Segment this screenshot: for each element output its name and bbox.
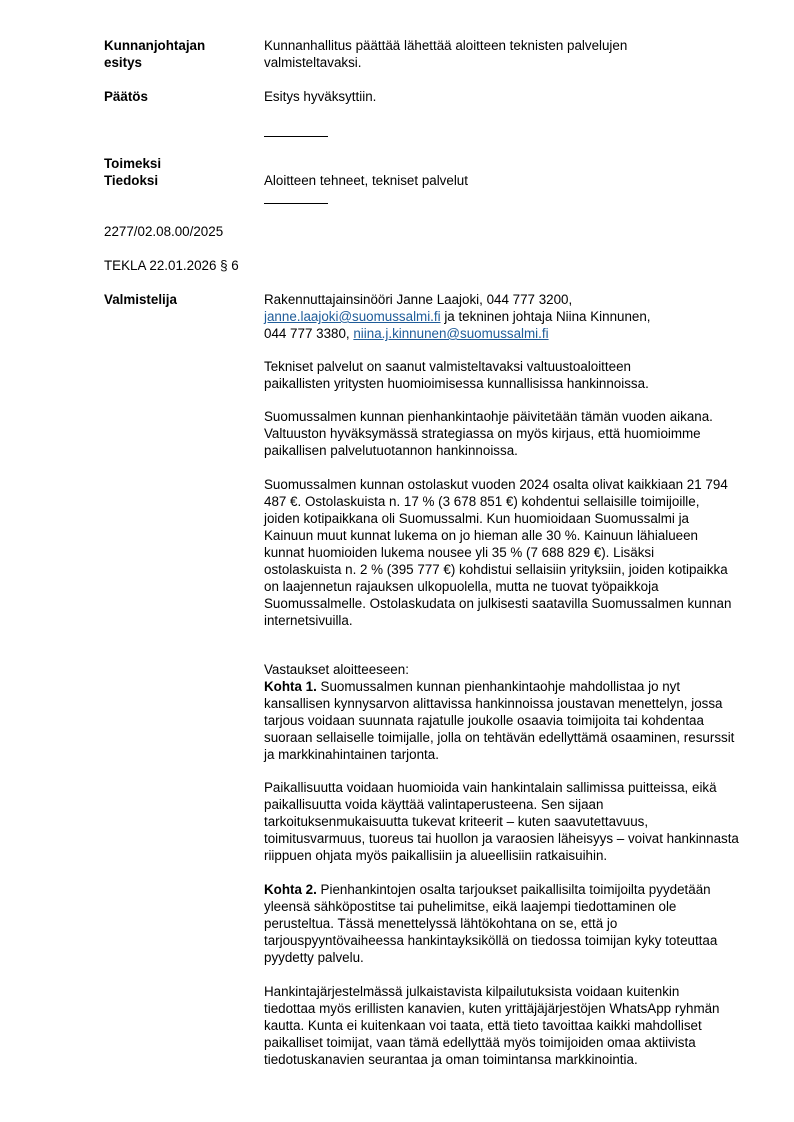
- paragraph-text: Hankintajärjestelmässä julkaistavista ki…: [264, 983, 734, 1068]
- vastaukset-block: Vastaukset aloitteeseen: Kohta 1. Suomus…: [264, 661, 744, 763]
- email-link-janne[interactable]: janne.laajoki@suomussalmi.fi: [264, 309, 441, 324]
- esitys-text: Kunnanhallitus päättää lähettää aloittee…: [264, 37, 664, 71]
- paragraph-text: Paikallisuutta voidaan huomioida vain ha…: [264, 779, 744, 864]
- valmistelija-line3: 044 777 3380, niina.j.kinnunen@suomussal…: [264, 325, 744, 342]
- valmistelija-line2: janne.laajoki@suomussalmi.fi ja tekninen…: [264, 308, 744, 325]
- paragraph-text: Tekniset palvelut on saanut valmisteltav…: [264, 358, 684, 392]
- valmistelija-line1: Rakennuttajainsinööri Janne Laajoki, 044…: [264, 291, 744, 308]
- toimeksi-label: Toimeksi: [104, 155, 259, 172]
- valmistelija-line2-text: ja tekninen johtaja Niina Kinnunen,: [441, 309, 651, 324]
- paragraph-text: Suomussalmen kunnan ostolaskut vuoden 20…: [264, 476, 734, 629]
- kohta1-text: Suomussalmen kunnan pienhankintaohje mah…: [264, 679, 734, 762]
- esitys-label-line1: Kunnanjohtajan: [104, 37, 259, 54]
- kohta1-label: Kohta 1.: [264, 679, 317, 694]
- valmistelija-text: Rakennuttajainsinööri Janne Laajoki, 044…: [264, 291, 744, 342]
- email-link-niina[interactable]: niina.j.kinnunen@suomussalmi.fi: [353, 326, 548, 341]
- diaari-number: 2277/02.08.00/2025: [104, 223, 223, 240]
- separator-line: [264, 136, 328, 137]
- tekla-reference: TEKLA 22.01.2026 § 6: [104, 257, 239, 274]
- valmistelija-phone2: 044 777 3380,: [264, 326, 353, 341]
- tiedoksi-text: Aloitteen tehneet, tekniset palvelut: [264, 172, 744, 189]
- document-page: Kunnanjohtajan esitys Kunnanhallitus pää…: [0, 0, 794, 1122]
- paragraph-text: Suomussalmen kunnan pienhankintaohje päi…: [264, 408, 719, 459]
- vastaukset-heading: Vastaukset aloitteeseen:: [264, 661, 744, 678]
- kohta2-label: Kohta 2.: [264, 882, 317, 897]
- paatos-label: Päätös: [104, 88, 259, 105]
- kohta2-text: Pienhankintojen osalta tarjoukset paikal…: [264, 882, 717, 965]
- paatos-text: Esitys hyväksyttiin.: [264, 88, 744, 105]
- esitys-label: Kunnanjohtajan esitys: [104, 37, 259, 71]
- tiedoksi-label: Tiedoksi: [104, 172, 259, 189]
- kohta2-paragraph: Kohta 2. Pienhankintojen osalta tarjouks…: [264, 881, 734, 966]
- valmistelija-label: Valmistelija: [104, 291, 259, 308]
- esitys-label-line2: esitys: [104, 54, 259, 71]
- kohta1-paragraph: Kohta 1. Suomussalmen kunnan pienhankint…: [264, 678, 744, 763]
- separator-line: [264, 203, 328, 204]
